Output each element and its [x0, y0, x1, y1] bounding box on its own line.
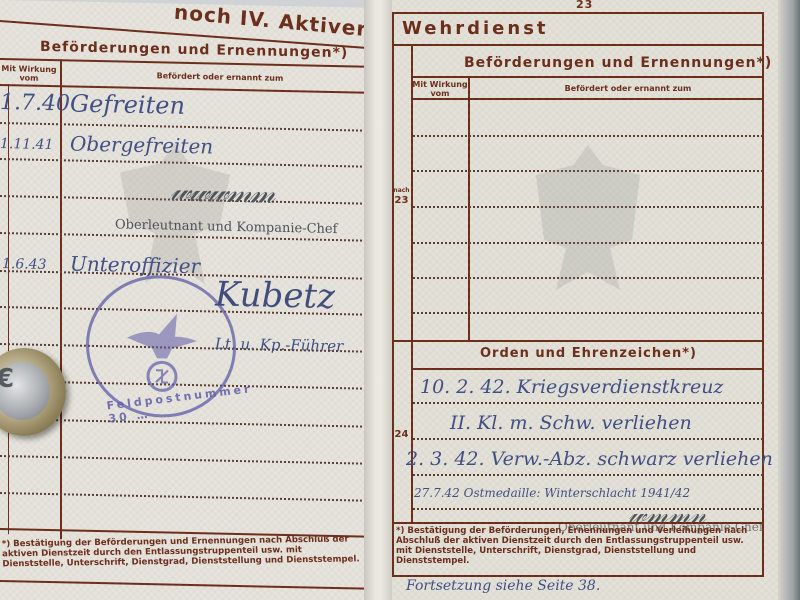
column-divider	[468, 76, 470, 340]
continuation-note: Fortsetzung siehe Seite 38.	[406, 578, 600, 594]
coin-glyph: €	[0, 364, 14, 394]
entry-date-2: 1.11.41	[0, 136, 53, 153]
right-col-rank-header: Befördert oder ernannt zum	[528, 84, 728, 93]
divider	[411, 98, 764, 100]
left-footnote: *) Bestätigung der Beförderungen und Ern…	[2, 534, 363, 569]
book-edge	[778, 0, 800, 600]
side-label-prefix: nach	[392, 186, 411, 195]
eagle-watermark-icon	[528, 140, 648, 300]
entry-date-3: 1.6.43	[2, 256, 47, 273]
award-line-3: 2. 3. 42. Verw.-Abz. schwarz verliehen	[406, 448, 773, 470]
eagle-emblem-icon	[117, 297, 207, 399]
entry-rank-2: Obergefreiten	[70, 131, 213, 158]
signature-1: 𝓌𝓌𝓌𝓂𝓂	[170, 174, 273, 211]
right-page: 23 Wehrdienst Beförderungen und Ernennun…	[378, 0, 800, 600]
book-gutter	[364, 0, 392, 600]
divider	[392, 44, 764, 46]
divider	[0, 580, 366, 590]
award-line-2: II. Kl. m. Schw. verliehen	[450, 412, 692, 434]
column-divider	[60, 59, 62, 539]
right-table-title: Beförderungen und Ernennungen*)	[464, 55, 772, 71]
page-number: 23	[576, 0, 593, 11]
awards-title: Orden und Ehrenzeichen*)	[480, 346, 697, 361]
award-line-1: 10. 2. 42. Kriegsverdienstkreuz	[420, 376, 723, 398]
left-col-rank-header: Befördert oder ernannt zum	[120, 71, 320, 84]
entry-date-1: 1.7.40	[0, 90, 70, 116]
left-page: noch IV. Aktiver Beförderungen und Ernen…	[0, 0, 374, 600]
entry-rank-3: Unteroffizier	[70, 251, 200, 278]
entry-rank-1: Gefreiten	[70, 89, 185, 119]
side-label-23: 23	[392, 196, 411, 205]
signature-kubetz: Kubetz	[215, 275, 335, 318]
divider	[411, 368, 764, 370]
right-col-date-header: Mit Wirkung vom	[412, 80, 468, 98]
side-label-24: 24	[392, 430, 411, 439]
divider	[392, 522, 764, 524]
left-col-date-header: Mit Wirkung vom	[0, 64, 58, 83]
signatory-title: Lt. u. Kp.-Führer	[215, 335, 343, 356]
right-footnote: *) Bestätigung der Beförderungen, Ernenn…	[396, 526, 760, 566]
divider	[392, 340, 764, 342]
divider	[411, 76, 764, 78]
award-line-4: 27.7.42 Ostmedaille: Winterschlacht 1941…	[414, 486, 690, 500]
right-section-header: Wehrdienst	[402, 18, 549, 39]
